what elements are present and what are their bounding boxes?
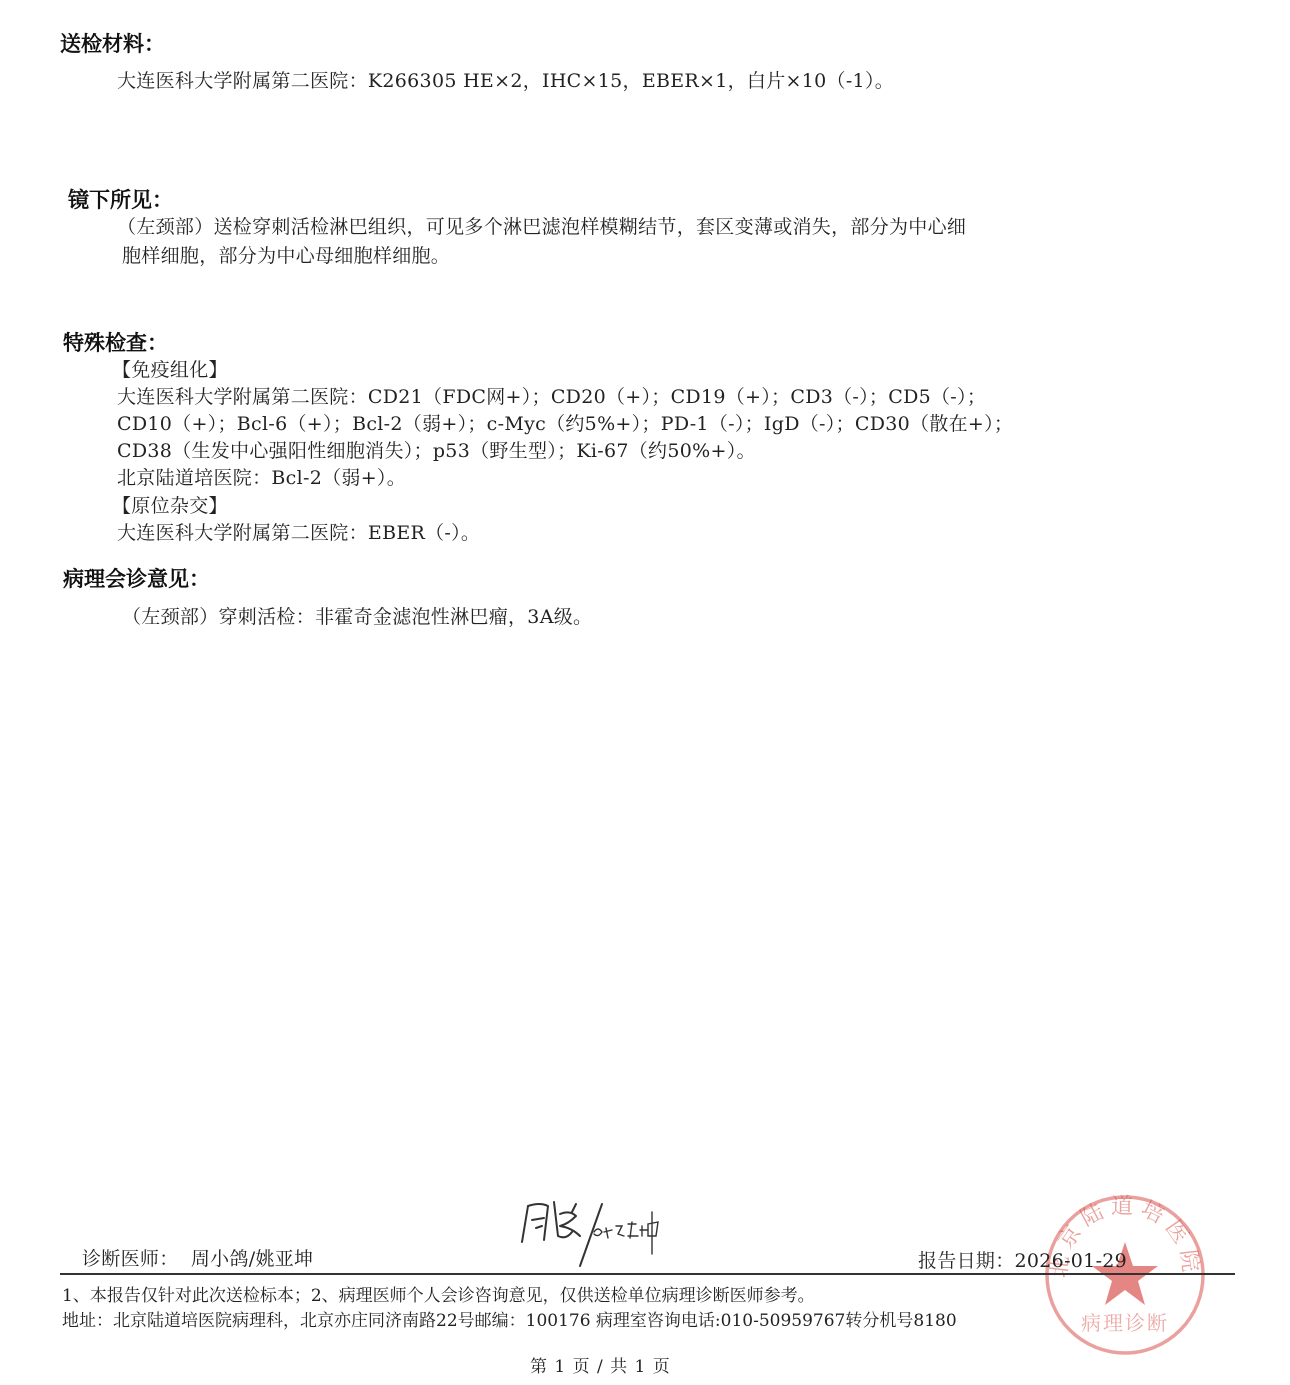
ish-line-1: 大连医科大学附属第二医院：EBER（-）。 [117,518,480,545]
ihc-line-3: CD38（生发中心强阳性细胞消失）；p53（野生型）；Ki-67（约50%+）。 [117,436,756,463]
report-date-label: 报告日期： [918,1250,1015,1272]
specimen-heading: 送检材料： [60,28,165,58]
ihc-line-2: CD10（+）；Bcl-6（+）；Bcl-2（弱+）；c-Myc（约5%+）；P… [117,409,1013,436]
page-indicator: 第 1 页 / 共 1 页 [530,1352,671,1377]
ish-label: 【原位杂交】 [112,491,228,518]
report-date-value: 2026-01-29 [1015,1250,1128,1272]
address: 地址：北京陆道培医院病理科，北京亦庄同济南路22号邮编：100176 病理室咨询… [62,1306,957,1331]
report-date: 报告日期：2026-01-29 [918,1246,1127,1273]
microscopy-heading: 镜下所见： [68,184,173,214]
hospital-seal-stamp: 北京陆道培医院 病理诊断 [1040,1190,1210,1360]
microscopy-line-1: （左颈部）送检穿刺活检淋巴组织，可见多个淋巴滤泡样模糊结节，套区变薄或消失，部分… [117,212,966,239]
microscopy-line-2: 胞样细胞，部分为中心母细胞样细胞。 [122,241,450,268]
specimen-line: 大连医科大学附属第二医院：K266305 HE×2，IHC×15，EBER×1，… [117,66,894,93]
ihc-line-4: 北京陆道培医院：Bcl-2（弱+）。 [117,463,406,490]
disclaimer: 1、本报告仅针对此次送检标本；2、病理医师个人会诊咨询意见，仅供送检单位病理诊断… [62,1281,815,1306]
doctor-signature [510,1192,670,1272]
doctor-label: 诊断医师： [82,1248,179,1270]
stamp-bottom-text: 病理诊断 [1081,1311,1169,1335]
doctor-names: 周小鸽/姚亚坤 [191,1248,314,1270]
ihc-line-1: 大连医科大学附属第二医院：CD21（FDC网+）；CD20（+）；CD19（+）… [117,382,986,409]
consultation-heading: 病理会诊意见： [63,563,210,593]
diagnosing-doctor: 诊断医师： 周小鸽/姚亚坤 [82,1244,313,1271]
ihc-label: 【免疫组化】 [112,355,228,382]
special-tests-heading: 特殊检查： [63,327,168,357]
footer-divider [60,1273,1235,1275]
consultation-line: （左颈部）穿刺活检：非霍奇金滤泡性淋巴瘤，3A级。 [122,602,592,629]
